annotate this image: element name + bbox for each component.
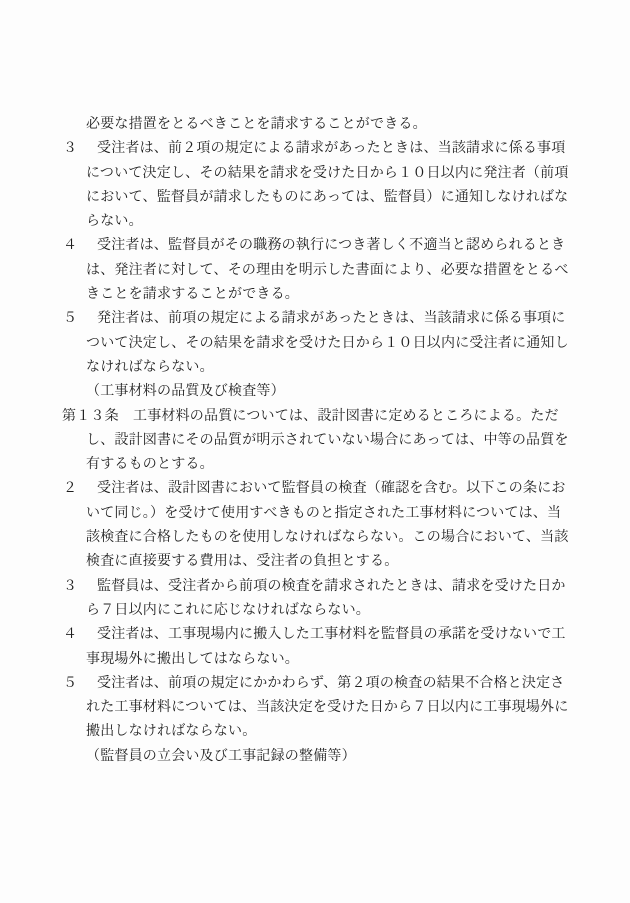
document-line: ついて決定し、その結果を請求を受けた日から１０日以内に受注者に通知し (0, 332, 630, 356)
document-line: なければならない。 (0, 356, 630, 380)
document-line: ４受注者は、工事現場内に搬入した工事材料を監督員の承諾を受けないで工 (0, 623, 630, 647)
document-line: れた工事材料については、当該決定を受けた日から７日以内に工事現場外に (0, 696, 630, 720)
document-line: 第１３条 工事材料の品質については、設計図書に定めるところによる。ただ (0, 405, 630, 429)
item-text: 発注者は、前項の規定による請求があったときは、当該請求に係る事項に (97, 311, 565, 326)
document-line: ４受注者は、監督員がその職務の執行につき著しく不適当と認められるとき (0, 234, 630, 258)
item-text: 受注者は、監督員がその職務の執行につき著しく不適当と認められるとき (97, 238, 565, 253)
document-line: 事現場外に搬出してはならない。 (0, 648, 630, 672)
document-line: 検査に直接要する費用は、受注者の負担とする。 (0, 550, 630, 574)
document-page: 必要な措置をとるべきことを請求することができる。３受注者は、前２項の規定による請… (0, 0, 630, 903)
document-line: きことを請求することができる。 (0, 283, 630, 307)
document-line: において、監督員が請求したものにあっては、監督員）に通知しなければな (0, 186, 630, 210)
document-line: （監督員の立会い及び工事記録の整備等） (0, 745, 630, 769)
item-number: ４ (63, 623, 97, 647)
document-text-block: 必要な措置をとるべきことを請求することができる。３受注者は、前２項の規定による請… (0, 113, 630, 769)
document-line: らない。 (0, 210, 630, 234)
item-number: ３ (63, 137, 97, 161)
item-text: 監督員は、受注者から前項の検査を請求されたときは、請求を受けた日か (97, 579, 566, 594)
document-line: し、設計図書にその品質が明示されていない場合にあっては、中等の品質を (0, 429, 630, 453)
item-text: 受注者は、前項の規定にかかわらず、第２項の検査の結果不合格と決定さ (97, 676, 564, 691)
item-number: ４ (63, 234, 97, 258)
document-line: 搬出しなければならない。 (0, 720, 630, 744)
item-number: ３ (63, 575, 97, 599)
document-line: ５受注者は、前項の規定にかかわらず、第２項の検査の結果不合格と決定さ (0, 672, 630, 696)
document-line: いて同じ。）を受けて使用すべきものと指定された工事材料については、当 (0, 502, 630, 526)
document-line: （工事材料の品質及び検査等） (0, 380, 630, 404)
item-number: ５ (63, 672, 97, 696)
document-line: について決定し、その結果を請求を受けた日から１０日以内に発注者（前項 (0, 162, 630, 186)
document-line: 有するものとする。 (0, 453, 630, 477)
document-line: は、発注者に対して、その理由を明示した書面により、必要な措置をとるべ (0, 259, 630, 283)
document-line: ら７日以内にこれに応じなければならない。 (0, 599, 630, 623)
item-text: 受注者は、設計図書において監督員の検査（確認を含む。以下この条にお (97, 481, 566, 496)
document-line: ３受注者は、前２項の規定による請求があったときは、当該請求に係る事項 (0, 137, 630, 161)
document-line: ３監督員は、受注者から前項の検査を請求されたときは、請求を受けた日か (0, 575, 630, 599)
item-number: ２ (63, 477, 97, 501)
document-line: ２受注者は、設計図書において監督員の検査（確認を含む。以下この条にお (0, 477, 630, 501)
document-line: ５発注者は、前項の規定による請求があったときは、当該請求に係る事項に (0, 307, 630, 331)
document-line: 必要な措置をとるべきことを請求することができる。 (0, 113, 630, 137)
item-text: 受注者は、前２項の規定による請求があったときは、当該請求に係る事項 (97, 141, 565, 156)
item-number: ５ (63, 307, 97, 331)
document-line: 該検査に合格したものを使用しなければならない。この場合において、当該 (0, 526, 630, 550)
item-text: 受注者は、工事現場内に搬入した工事材料を監督員の承諾を受けないで工 (97, 627, 566, 642)
